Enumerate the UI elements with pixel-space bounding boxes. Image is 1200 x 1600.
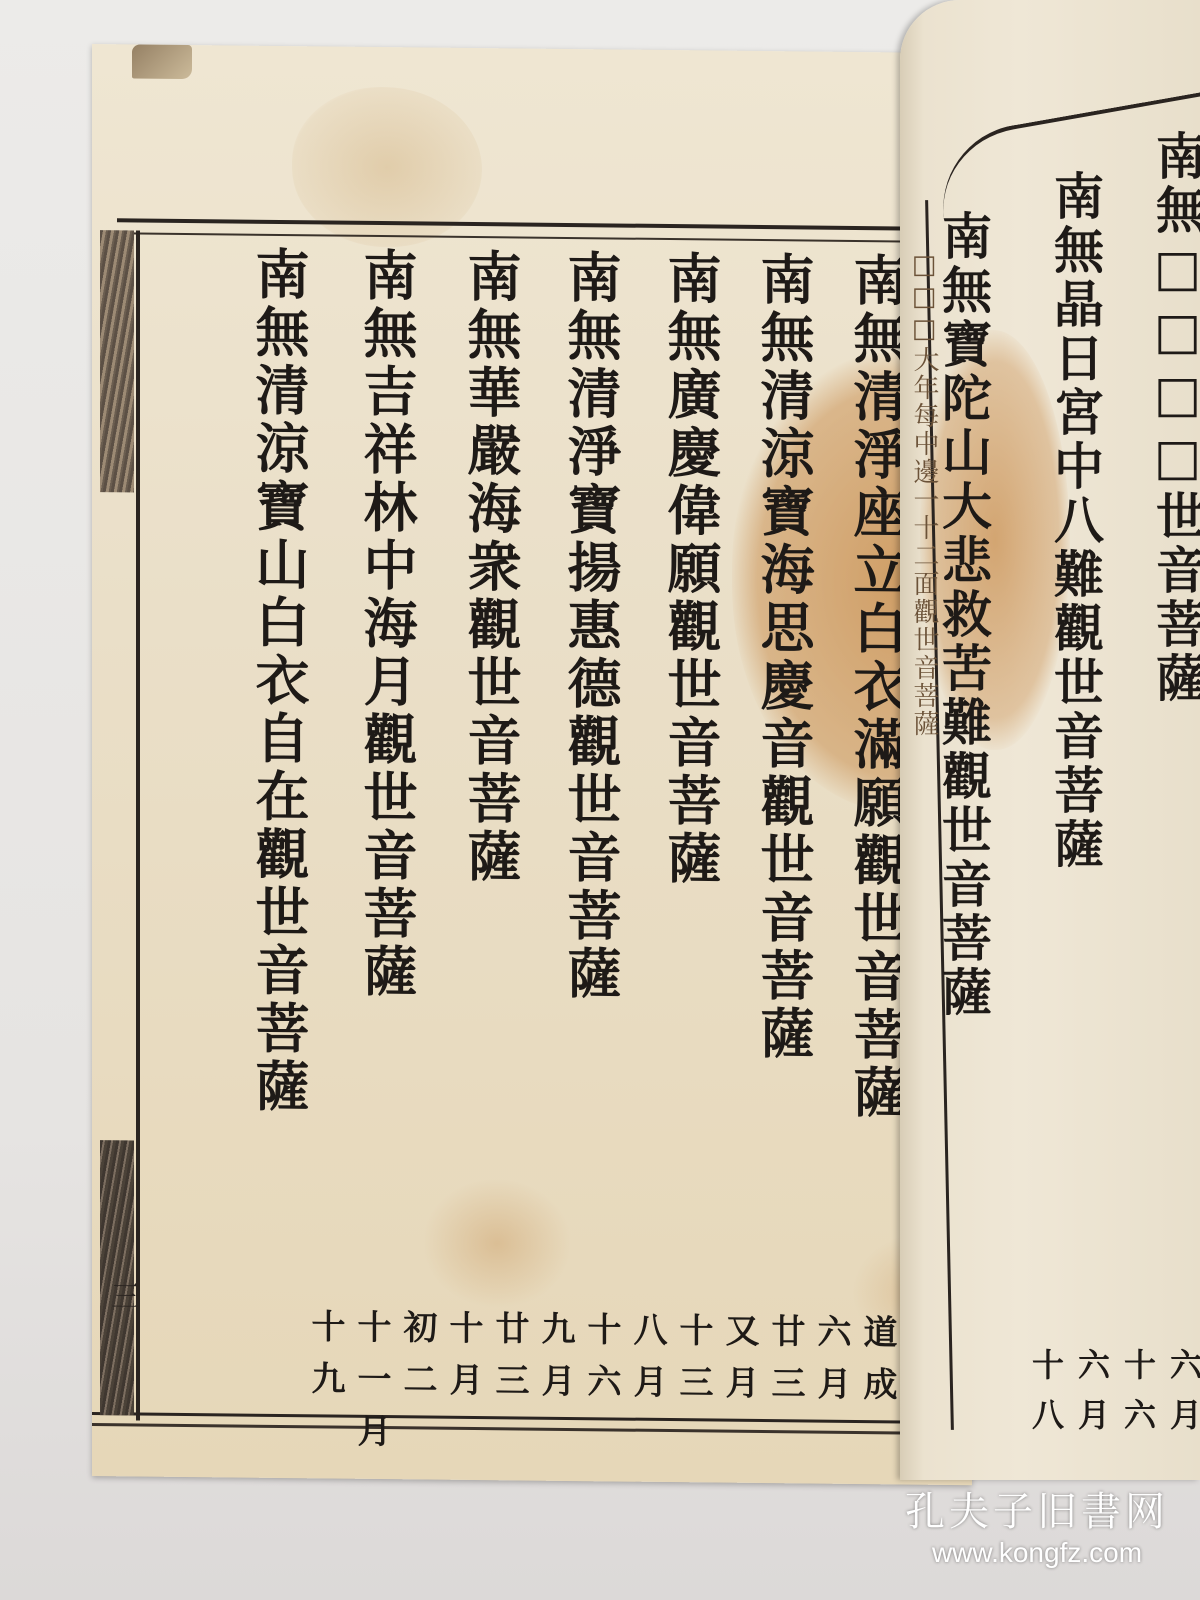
- date-cell: 六月: [808, 1313, 848, 1469]
- worn-corner: [132, 44, 192, 79]
- spine-fish-tail-top: [100, 230, 134, 492]
- date-cell: 初二: [394, 1309, 434, 1465]
- text-column-1: 南無清淨座立白衣滿願觀世音菩薩: [850, 252, 904, 1123]
- feast-date-row: 十九 道成 六月 廿三 又月 十三 八月 十六 九月 廿三 十月 初二 十一月 …: [220, 1307, 940, 1471]
- text-column-5: 南無華嚴海衆觀世音菩薩: [464, 248, 518, 887]
- page-number: 三: [100, 1280, 144, 1310]
- left-page: 三 南無清淨座立白衣滿願觀世音菩薩 南無清涼寶海思慶音觀世音菩薩 南無廣慶偉願觀…: [92, 44, 972, 1485]
- text-column-6: 南無吉祥林中海月觀世音菩薩: [360, 247, 414, 1002]
- text-column-7: 南無清涼寶山白衣自在觀世音菩薩: [252, 246, 306, 1117]
- text-column-2: 南無清涼寶海思慶音觀世音菩薩: [757, 251, 811, 1064]
- right-text-column-2: 南無晶日宮中八難觀世音菩薩: [1050, 170, 1100, 872]
- right-text-column-1: 南無寶陀山大悲救苦難觀世音菩薩: [938, 210, 988, 1020]
- date-cell: 六月: [1160, 1348, 1200, 1448]
- date-cell: 廿三: [762, 1313, 802, 1469]
- right-date-row: 六月 十六 六月 十八: [970, 1348, 1200, 1448]
- text-column-3: 南無廣慶偉願觀世音菩薩: [664, 250, 718, 889]
- date-cell: 道成: [854, 1314, 894, 1470]
- watermark: 孔夫子旧書网 www.kongfz.com: [905, 1480, 1169, 1569]
- block-center-spine: 三: [92, 230, 154, 1421]
- date-cell: 又月: [716, 1313, 756, 1469]
- date-cell: 六月: [1068, 1348, 1108, 1448]
- date-cell: 十一月: [348, 1309, 388, 1465]
- date-cell: 八月: [624, 1312, 664, 1468]
- right-page: □□□大年每中邊一十二面觀世音菩薩 南無寶陀山大悲救苦難觀世音菩薩 南無晶日宮中…: [900, 0, 1200, 1480]
- date-cell: 十六: [1114, 1348, 1154, 1448]
- date-cell: 十九: [302, 1308, 342, 1464]
- spine-rule: [136, 230, 140, 1420]
- date-cell: 十三: [670, 1312, 710, 1468]
- page-frame-top: [117, 218, 937, 243]
- date-cell: 九月: [532, 1311, 572, 1467]
- watermark-url: www.kongfz.com: [905, 1537, 1169, 1569]
- water-stain-bottom: [422, 1177, 572, 1309]
- date-cell: 十月: [440, 1310, 480, 1466]
- date-cell: 十八: [1022, 1348, 1062, 1448]
- right-text-column-3: 南無□□□□世音菩薩: [1152, 130, 1200, 706]
- date-cell: 十六: [578, 1311, 618, 1467]
- watermark-site-name: 孔夫子旧書网: [905, 1480, 1169, 1537]
- date-cell: 廿三: [486, 1310, 526, 1466]
- spine-fish-tail-bottom: [100, 1140, 134, 1415]
- text-column-4: 南無清淨寶揚惠德觀世音菩薩: [564, 249, 618, 1004]
